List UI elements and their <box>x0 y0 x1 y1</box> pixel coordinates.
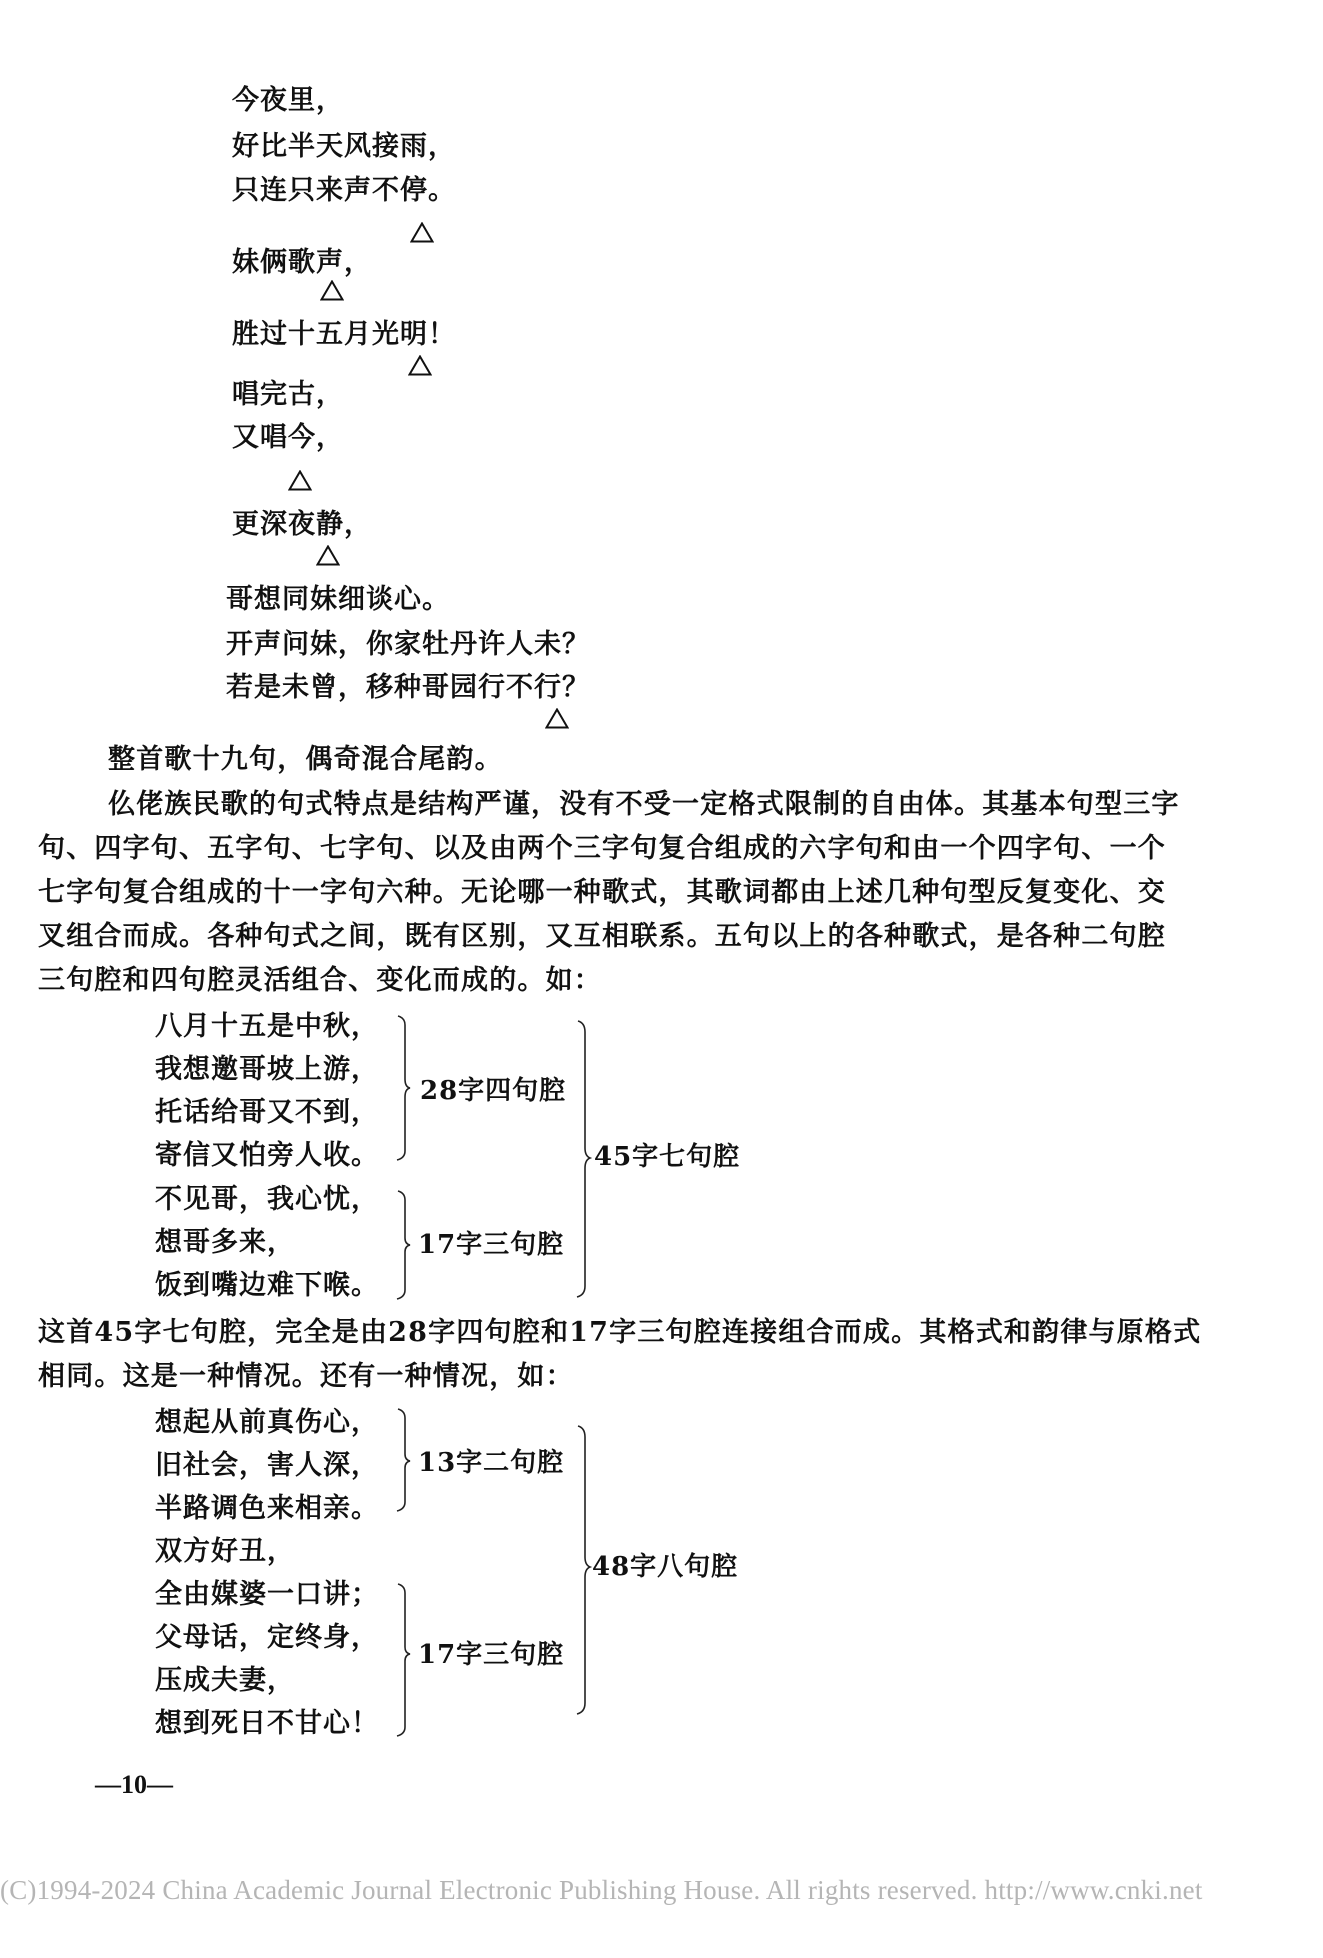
example-line: 半路调色来相亲。 <box>155 1494 379 1524</box>
verse-line: 好比半天风接雨， <box>232 132 456 162</box>
example-line: 想哥多来， <box>155 1228 295 1258</box>
example-line: 压成夫妻， <box>155 1666 295 1696</box>
paragraph-line: 仫佬族民歌的句式特点是结构严谨，没有不受一定格式限制的自由体。其基本句型三字 <box>108 790 1180 820</box>
example-line: 托话给哥又不到， <box>155 1098 379 1128</box>
example-line: 我想邀哥坡上游， <box>155 1055 379 1085</box>
group-label: 28字四句腔 <box>420 1076 566 1106</box>
example-line: 全由媒婆一口讲； <box>155 1580 379 1610</box>
verse-line: 又唱今， <box>232 423 344 453</box>
verse-line: 妹俩歌声， <box>232 248 372 278</box>
verse-line: 更深夜静， <box>232 510 372 540</box>
verse-line: 今夜里， <box>232 86 344 116</box>
rhyme-triangle-icon <box>410 222 434 243</box>
group-label: 17字三句腔 <box>418 1640 564 1670</box>
verse-line: 哥想同妹细谈心。 <box>226 585 450 615</box>
right-brace-icon <box>396 1015 412 1161</box>
right-brace-icon <box>396 1190 412 1300</box>
example-line: 饭到嘴边难下喉。 <box>155 1271 379 1301</box>
rhyme-triangle-icon <box>320 280 344 301</box>
rhyme-triangle-icon <box>545 708 569 729</box>
paragraph-line: 这首45字七句腔，完全是由28字四句腔和17字三句腔连接组合而成。其格式和韵律与… <box>38 1318 1201 1348</box>
summary-line: 整首歌十九句，偶奇混合尾韵。 <box>108 745 503 775</box>
page-number: —10— <box>95 1770 173 1800</box>
paragraph-line: 七字句复合组成的十一字句六种。无论哪一种歌式，其歌词都由上述几种句型反复变化、交 <box>38 878 1166 908</box>
verse-line: 若是未曾，移种哥园行不行？ <box>226 673 590 703</box>
paragraph-line: 句、四字句、五字句、七字句、以及由两个三字句复合组成的六字句和由一个四字句、一个 <box>38 834 1166 864</box>
paragraph-line: 相同。这是一种情况。还有一种情况，如： <box>38 1362 574 1392</box>
copyright-notice: (C)1994-2024 China Academic Journal Elec… <box>0 1875 1203 1906</box>
verse-line: 唱完古， <box>232 380 344 410</box>
example-line: 八月十五是中秋， <box>155 1012 379 1042</box>
example-line: 寄信又怕旁人收。 <box>155 1141 379 1171</box>
verse-line: 胜过十五月光明！ <box>232 320 456 350</box>
rhyme-triangle-icon <box>288 470 312 491</box>
example-line: 双方好丑， <box>155 1537 295 1567</box>
group-label: 17字三句腔 <box>418 1230 564 1260</box>
right-brace-icon <box>396 1408 412 1512</box>
rhyme-triangle-icon <box>408 355 432 376</box>
example-line: 父母话，定终身， <box>155 1623 379 1653</box>
example-line: 想起从前真伤心， <box>155 1408 379 1438</box>
total-label: 45字七句腔 <box>594 1142 740 1172</box>
group-label: 13字二句腔 <box>418 1448 564 1478</box>
right-brace-icon <box>576 1020 592 1298</box>
paragraph-line: 三句腔和四句腔灵活组合、变化而成的。如： <box>38 966 602 996</box>
example-line: 不见哥，我心忧， <box>155 1185 379 1215</box>
right-brace-icon <box>396 1583 412 1737</box>
verse-line: 开声问妹，你家牡丹许人未？ <box>226 630 590 660</box>
total-label: 48字八句腔 <box>592 1552 738 1582</box>
verse-line: 只连只来声不停。 <box>232 176 456 206</box>
example-line: 旧社会，害人深， <box>155 1451 379 1481</box>
paragraph-line: 叉组合而成。各种句式之间，既有区别，又互相联系。五句以上的各种歌式，是各种二句腔 <box>38 922 1166 952</box>
right-brace-icon <box>576 1425 592 1715</box>
example-line: 想到死日不甘心！ <box>155 1709 379 1739</box>
rhyme-triangle-icon <box>316 545 340 566</box>
